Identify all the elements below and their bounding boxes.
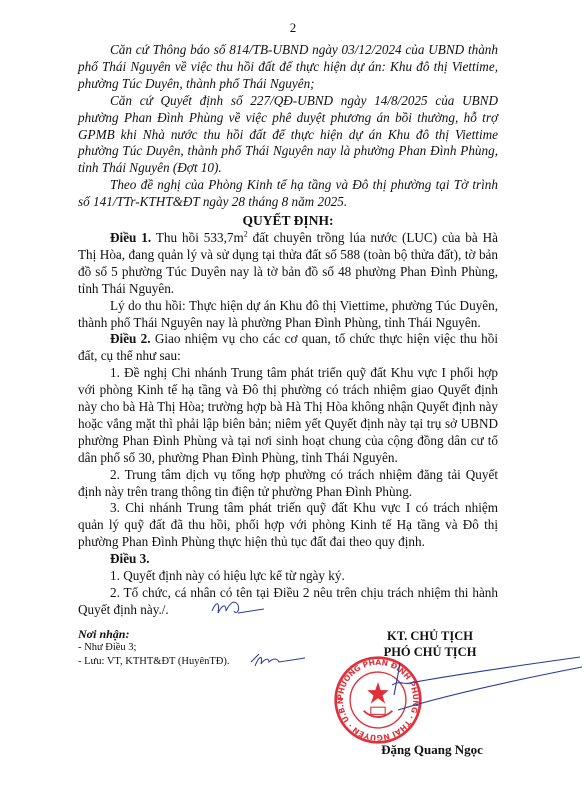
article-1-reason: Lý do thu hồi: Thực hiện dự án Khu đô th… [78,298,498,332]
preamble-3: Theo đề nghị của Phòng Kinh tế hạ tầng v… [78,177,498,211]
recipients-block: Nơi nhận: - Như Điều 3; - Lưu: VT, KTHT&… [78,627,230,669]
recipient-item: - Như Điều 3; [78,641,230,655]
article-2-item-3: 3. Chi nhánh Trung tâm phát triển quỹ đấ… [78,500,498,551]
page-number: 2 [0,20,586,36]
recipients-heading: Nơi nhận: [78,627,230,641]
article-1-label: Điều 1. [110,230,151,245]
article-3-item-2: 2. Tổ chức, cá nhân có tên tại Điều 2 nê… [78,585,498,619]
initial-signature-icon [208,597,268,619]
signer-title-1: KT. CHỦ TỊCH [360,628,500,644]
recipient-item: - Lưu: VT, KTHT&ĐT (HuyênTĐ). [78,655,230,669]
archive-signature-icon [249,650,309,670]
article-3-item-1: 1. Quyết định này có hiệu lực kể từ ngày… [78,568,498,585]
signer-name: Đặng Quang Ngọc [362,742,502,758]
decision-title: QUYẾT ĐỊNH: [78,213,498,230]
article-1: Điều 1. Thu hồi 533,7m2 đất chuyên trồng… [78,230,498,298]
document-body: Căn cứ Thông báo số 814/TB-UBND ngày 03/… [78,42,498,619]
article-2-item-1: 1. Đề nghị Chi nhánh Trung tâm phát triể… [78,365,498,466]
main-signature-icon [390,655,586,715]
article-2-item-2: 2. Trung tâm dịch vụ tổng hợp phường có … [78,467,498,501]
article-2: Điều 2. Giao nhiệm vụ cho các cơ quan, t… [78,331,498,365]
article-3-label: Điều 3. [78,551,498,568]
article-1-text-a: Thu hồi 533,7m [151,230,244,245]
preamble-2: Căn cứ Quyết định số 227/QĐ-UBND ngày 14… [78,93,498,178]
article-2-label: Điều 2. [110,331,151,346]
preamble-1: Căn cứ Thông báo số 814/TB-UBND ngày 03/… [78,42,498,93]
